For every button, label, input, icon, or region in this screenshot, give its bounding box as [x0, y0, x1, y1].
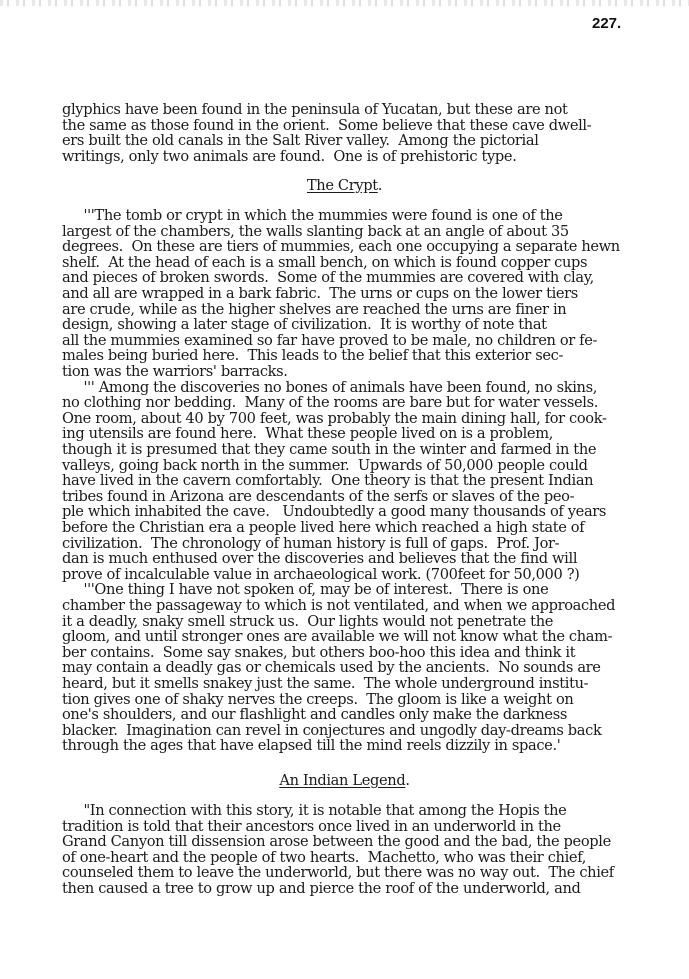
text-line: tion gives one of shaky nerves the creep… — [62, 692, 573, 708]
text-line: shelf. At the head of each is a small be… — [62, 255, 587, 271]
text-line: and all are wrapped in a bark fabric. Th… — [62, 286, 578, 302]
heading-punct: . — [405, 772, 409, 789]
heading-punct: . — [378, 177, 382, 194]
text-line: though it is presumed that they came sou… — [62, 442, 596, 458]
text-line: before the Christian era a people lived … — [62, 520, 584, 536]
text-line: all the mummies examined so far have pro… — [62, 333, 597, 349]
text-line: '''One thing I have not spoken of, may b… — [62, 582, 548, 598]
text-line: ''' Among the discoveries no bones of an… — [62, 380, 597, 396]
text-line: civilization. The chronology of human hi… — [62, 536, 559, 552]
text-line: may contain a deadly gas or chemicals us… — [62, 660, 601, 676]
text-line: through the ages that have elapsed till … — [62, 738, 560, 754]
text-line: "In connection with this story, it is no… — [62, 803, 566, 819]
text-line: no clothing nor bedding. Many of the roo… — [62, 395, 598, 411]
text-line: glyphics have been found in the peninsul… — [62, 102, 568, 118]
text-line: are crude, while as the higher shelves a… — [62, 302, 566, 318]
text-line: tion was the warriors' barracks. — [62, 364, 288, 380]
text-line: it a deadly, snaky smell struck us. Our … — [62, 614, 553, 630]
text-line: prove of incalculable value in archaeolo… — [62, 567, 580, 583]
scan-edge-noise — [0, 0, 689, 6]
text-line: chamber the passageway to which is not v… — [62, 598, 615, 614]
text-line: males being buried here. This leads to t… — [62, 348, 563, 364]
text-line: ers built the old canals in the Salt Riv… — [62, 133, 539, 149]
text-line: heard, but it smells snakey just the sam… — [62, 676, 588, 692]
section-heading-an-indian-legend: An Indian Legend. — [0, 773, 689, 789]
page-number: 227. — [592, 15, 621, 32]
text-line: Grand Canyon till dissension arose betwe… — [62, 834, 611, 850]
section-heading-the-crypt: The Crypt. — [0, 178, 689, 194]
text-line: one's shoulders, and our flashlight and … — [62, 707, 567, 723]
text-line: of one-heart and the people of two heart… — [62, 850, 586, 866]
text-line: design, showing a later stage of civiliz… — [62, 317, 547, 333]
text-line: One room, about 40 by 700 feet, was prob… — [62, 411, 607, 427]
text-line: dan is much enthused over the discoverie… — [62, 551, 577, 567]
text-line: ple which inhabited the cave. Undoubtedl… — [62, 504, 606, 520]
heading-text: The Crypt — [307, 177, 378, 194]
text-line: writings, only two animals are found. On… — [62, 149, 517, 165]
text-line: blacker. Imagination can revel in conjec… — [62, 723, 601, 739]
text-line: counseled them to leave the underworld, … — [62, 865, 614, 881]
text-line: ber contains. Some say snakes, but other… — [62, 645, 575, 661]
text-line: tribes found in Arizona are descendants … — [62, 489, 574, 505]
text-line: tradition is told that their ancestors o… — [62, 819, 561, 835]
heading-text: An Indian Legend — [279, 772, 405, 789]
text-line: largest of the chambers, the walls slant… — [62, 224, 569, 240]
text-line: ing utensils are found here. What these … — [62, 426, 553, 442]
text-line: '''The tomb or crypt in which the mummie… — [62, 208, 563, 224]
text-line: then caused a tree to grow up and pierce… — [62, 881, 581, 897]
text-line: valleys, going back north in the summer.… — [62, 458, 588, 474]
text-line: gloom, and until stronger ones are avail… — [62, 629, 612, 645]
text-line: degrees. On these are tiers of mummies, … — [62, 239, 620, 255]
text-line: have lived in the cavern comfortably. On… — [62, 473, 593, 489]
text-line: and pieces of broken swords. Some of the… — [62, 270, 594, 286]
